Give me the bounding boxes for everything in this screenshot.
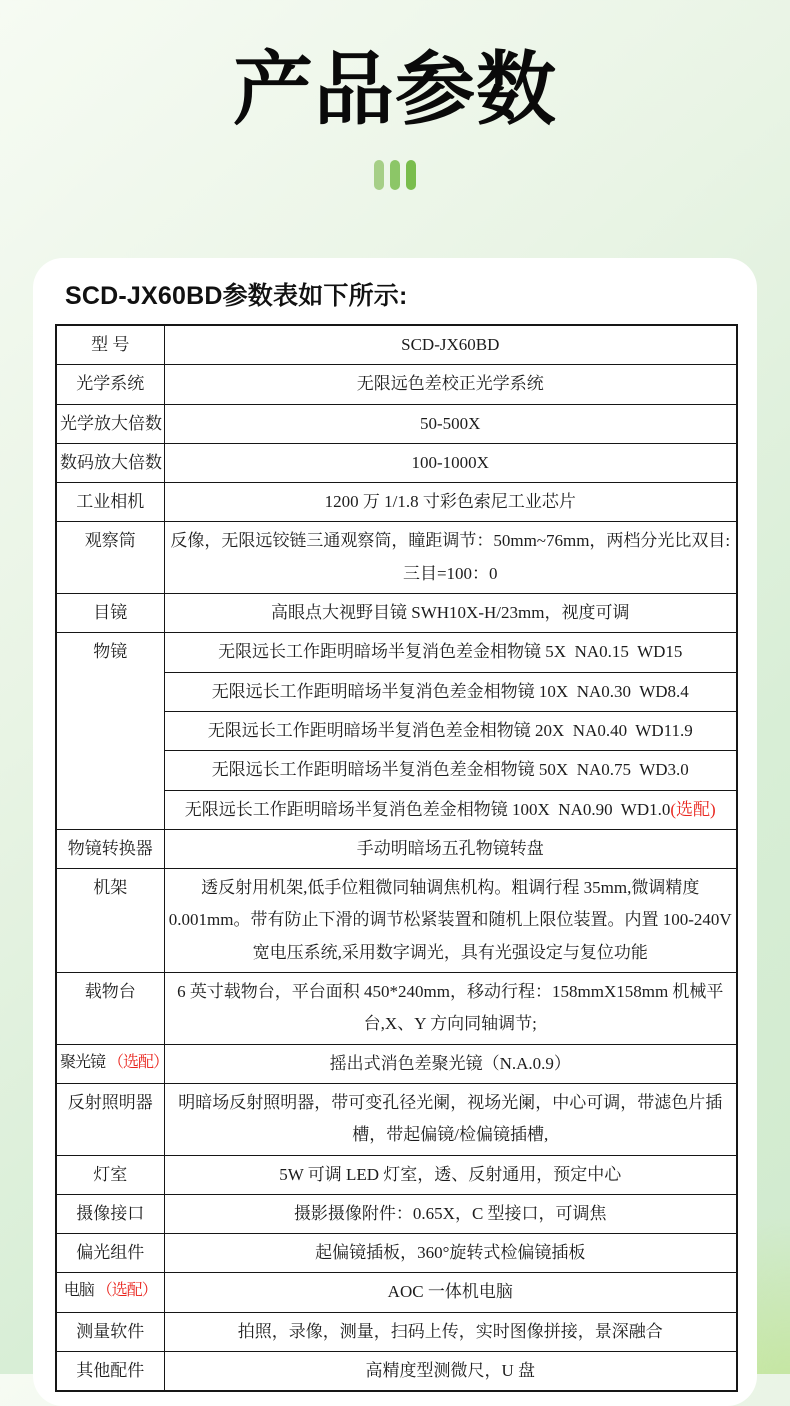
- spec-value-text: 高眼点大视野目镜 SWH10X-H/23mm，视度可调: [271, 603, 629, 622]
- spec-label-text: 载物台: [85, 982, 136, 1001]
- spec-label: 摄像接口: [56, 1194, 164, 1233]
- table-row: 工业相机1200 万 1/1.8 寸彩色索尼工业芯片: [56, 483, 737, 522]
- spec-label-text: 其他配件: [76, 1361, 144, 1374]
- table-row: 载物台6 英寸载物台，平台面积 450*240mm，移动行程：158mmX158…: [56, 973, 737, 1045]
- spec-value-text: 无限远色差校正光学系统: [357, 374, 544, 393]
- table-row: 数码放大倍数100-1000X: [56, 443, 737, 482]
- table-row: 反射照明器明暗场反射照明器，带可变孔径光阑，视场光阑，中心可调，带滤色片插槽，带…: [56, 1083, 737, 1155]
- spec-value-text: 手动明暗场五孔物镜转盘: [357, 839, 544, 858]
- spec-value: SCD-JX60BD: [164, 325, 737, 365]
- spec-label: 反射照明器: [56, 1083, 164, 1155]
- spec-label-text: 电脑: [64, 1282, 94, 1299]
- table-row: 物镜无限远长工作距明暗场半复消色差金相物镜 5X NA0.15 WD15: [56, 633, 737, 672]
- spec-label: 型 号: [56, 325, 164, 365]
- spec-value: 无限远长工作距明暗场半复消色差金相物镜 100X NA0.90 WD1.0(选配…: [164, 790, 737, 829]
- spec-label-text: 光学放大倍数: [60, 414, 162, 433]
- spec-label: 灯室: [56, 1155, 164, 1194]
- spec-label: 目镜: [56, 594, 164, 633]
- table-row: 目镜高眼点大视野目镜 SWH10X-H/23mm，视度可调: [56, 594, 737, 633]
- spec-value: 5W 可调 LED 灯室，透、反射通用，预定中心: [164, 1155, 737, 1194]
- spec-label-text: 测量软件: [76, 1322, 144, 1341]
- spec-label-text: 灯室: [93, 1165, 127, 1184]
- spec-label-text: 物镜: [93, 642, 127, 661]
- table-row: 灯室5W 可调 LED 灯室，透、反射通用，预定中心: [56, 1155, 737, 1194]
- spec-label: 光学系统: [56, 365, 164, 404]
- page-background: { "page": { "title": "产品参数", "subtitle":…: [0, 0, 790, 1374]
- spec-card-subtitle: SCD-JX60BD参数表如下所示:: [65, 276, 737, 312]
- spec-label: 光学放大倍数: [56, 404, 164, 443]
- spec-label: 物镜: [56, 633, 164, 829]
- spec-label: 测量软件: [56, 1312, 164, 1351]
- spec-value-text: 透反射用机架,低手位粗微同轴调焦机构。粗调行程 35mm,微调精度 0.001m…: [169, 878, 736, 962]
- spec-value-text: 100-1000X: [412, 453, 489, 472]
- spec-label: 数码放大倍数: [56, 443, 164, 482]
- spec-value-text: 6 英寸载物台，平台面积 450*240mm，移动行程：158mmX158mm …: [177, 982, 723, 1033]
- spec-value: 100-1000X: [164, 443, 737, 482]
- spec-table-body: 型 号SCD-JX60BD光学系统无限远色差校正光学系统光学放大倍数50-500…: [56, 325, 737, 1374]
- spec-value: 50-500X: [164, 404, 737, 443]
- table-row: 偏光组件起偏镜插板，360°旋转式检偏镜插板: [56, 1234, 737, 1273]
- spec-value-text: 无限远长工作距明暗场半复消色差金相物镜 50X NA0.75 WD3.0: [212, 760, 689, 779]
- spec-label-text: 工业相机: [76, 492, 144, 511]
- spec-value-text: SCD-JX60BD: [401, 335, 499, 354]
- spec-value-text: 无限远长工作距明暗场半复消色差金相物镜 20X NA0.40 WD11.9: [208, 721, 693, 740]
- spec-value-text: 无限远长工作距明暗场半复消色差金相物镜 10X NA0.30 WD8.4: [212, 682, 689, 701]
- spec-label-text: 偏光组件: [76, 1243, 144, 1262]
- spec-label-text: 机架: [93, 878, 127, 897]
- decorative-bars: [0, 160, 790, 190]
- spec-label-text: 型 号: [91, 335, 129, 354]
- hero-section: 产品参数: [0, 0, 790, 190]
- spec-value-text: 反像，无限远铰链三通观察筒，瞳距调节：50mm~76mm，两档分光比双目:三目=…: [170, 531, 730, 582]
- spec-value: 无限远长工作距明暗场半复消色差金相物镜 20X NA0.40 WD11.9: [164, 711, 737, 750]
- spec-value: 摄影摄像附件：0.65X，C 型接口，可调焦: [164, 1194, 737, 1233]
- spec-value-text: 起偏镜插板，360°旋转式检偏镜插板: [315, 1243, 585, 1262]
- spec-value-text: 高精度型测微尺，U 盘: [365, 1361, 535, 1374]
- spec-value: 无限远长工作距明暗场半复消色差金相物镜 5X NA0.15 WD15: [164, 633, 737, 672]
- spec-value: 摇出式消色差聚光镜（N.A.0.9）: [164, 1044, 737, 1083]
- spec-value-text: 1200 万 1/1.8 寸彩色索尼工业芯片: [325, 492, 576, 511]
- spec-value-text: 无限远长工作距明暗场半复消色差金相物镜 100X NA0.90 WD1.0: [185, 800, 671, 819]
- spec-label: 偏光组件: [56, 1234, 164, 1273]
- spec-value: AOC 一体机电脑: [164, 1273, 737, 1312]
- spec-value-text: 摇出式消色差聚光镜（N.A.0.9）: [330, 1054, 571, 1073]
- table-row: 机架透反射用机架,低手位粗微同轴调焦机构。粗调行程 35mm,微调精度 0.00…: [56, 869, 737, 973]
- spec-value-text: 摄影摄像附件：0.65X，C 型接口，可调焦: [294, 1204, 607, 1223]
- spec-value: 无限远长工作距明暗场半复消色差金相物镜 10X NA0.30 WD8.4: [164, 672, 737, 711]
- spec-value-text: 明暗场反射照明器，带可变孔径光阑，视场光阑，中心可调，带滤色片插槽，带起偏镜/检…: [178, 1093, 722, 1144]
- spec-label: 观察筒: [56, 522, 164, 594]
- spec-value: 1200 万 1/1.8 寸彩色索尼工业芯片: [164, 483, 737, 522]
- deco-bar-3: [406, 160, 416, 190]
- spec-label: 机架: [56, 869, 164, 973]
- deco-bar-1: [374, 160, 384, 190]
- spec-value: 拍照，录像，测量，扫码上传，实时图像拼接，景深融合: [164, 1312, 737, 1351]
- spec-value: 明暗场反射照明器，带可变孔径光阑，视场光阑，中心可调，带滤色片插槽，带起偏镜/检…: [164, 1083, 737, 1155]
- optional-badge: （选配）: [105, 1054, 168, 1071]
- spec-label: 载物台: [56, 973, 164, 1045]
- table-row: 电脑 （选配）AOC 一体机电脑: [56, 1273, 737, 1312]
- table-row: 测量软件拍照，录像，测量，扫码上传，实时图像拼接，景深融合: [56, 1312, 737, 1351]
- deco-bar-2: [390, 160, 400, 190]
- spec-label: 聚光镜 （选配）: [56, 1044, 164, 1083]
- optional-badge: (选配): [670, 800, 715, 819]
- table-row: 光学放大倍数50-500X: [56, 404, 737, 443]
- table-row: 物镜转换器手动明暗场五孔物镜转盘: [56, 829, 737, 868]
- spec-value: 高眼点大视野目镜 SWH10X-H/23mm，视度可调: [164, 594, 737, 633]
- table-row: 聚光镜 （选配）摇出式消色差聚光镜（N.A.0.9）: [56, 1044, 737, 1083]
- table-row: 光学系统无限远色差校正光学系统: [56, 365, 737, 404]
- spec-value-text: 拍照，录像，测量，扫码上传，实时图像拼接，景深融合: [238, 1322, 663, 1341]
- table-row: 观察筒反像，无限远铰链三通观察筒，瞳距调节：50mm~76mm，两档分光比双目:…: [56, 522, 737, 594]
- spec-label: 物镜转换器: [56, 829, 164, 868]
- spec-label-text: 观察筒: [85, 531, 136, 550]
- spec-label: 电脑 （选配）: [56, 1273, 164, 1312]
- table-row: 其他配件高精度型测微尺，U 盘: [56, 1352, 737, 1374]
- spec-label-text: 聚光镜: [60, 1054, 105, 1071]
- spec-label-text: 物镜转换器: [68, 839, 153, 858]
- spec-value-text: 50-500X: [420, 414, 480, 433]
- spec-value-text: 5W 可调 LED 灯室，透、反射通用，预定中心: [279, 1165, 621, 1184]
- spec-value-text: AOC 一体机电脑: [388, 1282, 513, 1301]
- table-row: 摄像接口摄影摄像附件：0.65X，C 型接口，可调焦: [56, 1194, 737, 1233]
- spec-label: 其他配件: [56, 1352, 164, 1374]
- spec-label-text: 摄像接口: [76, 1204, 144, 1223]
- spec-value-text: 无限远长工作距明暗场半复消色差金相物镜 5X NA0.15 WD15: [218, 642, 682, 661]
- spec-label-text: 数码放大倍数: [60, 453, 162, 472]
- spec-label-text: 反射照明器: [68, 1093, 153, 1112]
- spec-value: 手动明暗场五孔物镜转盘: [164, 829, 737, 868]
- spec-value: 无限远色差校正光学系统: [164, 365, 737, 404]
- spec-value: 高精度型测微尺，U 盘: [164, 1352, 737, 1374]
- spec-card: SCD-JX60BD参数表如下所示: 型 号SCD-JX60BD光学系统无限远色…: [33, 258, 757, 1374]
- spec-label: 工业相机: [56, 483, 164, 522]
- spec-value: 6 英寸载物台，平台面积 450*240mm，移动行程：158mmX158mm …: [164, 973, 737, 1045]
- page-title: 产品参数: [0, 46, 790, 134]
- spec-value: 起偏镜插板，360°旋转式检偏镜插板: [164, 1234, 737, 1273]
- spec-value: 透反射用机架,低手位粗微同轴调焦机构。粗调行程 35mm,微调精度 0.001m…: [164, 869, 737, 973]
- spec-value: 反像，无限远铰链三通观察筒，瞳距调节：50mm~76mm，两档分光比双目:三目=…: [164, 522, 737, 594]
- spec-label-text: 光学系统: [76, 374, 144, 393]
- optional-badge: （选配）: [94, 1282, 157, 1299]
- spec-label-text: 目镜: [93, 603, 127, 622]
- spec-table: 型 号SCD-JX60BD光学系统无限远色差校正光学系统光学放大倍数50-500…: [55, 324, 738, 1374]
- table-row: 型 号SCD-JX60BD: [56, 325, 737, 365]
- spec-value: 无限远长工作距明暗场半复消色差金相物镜 50X NA0.75 WD3.0: [164, 751, 737, 790]
